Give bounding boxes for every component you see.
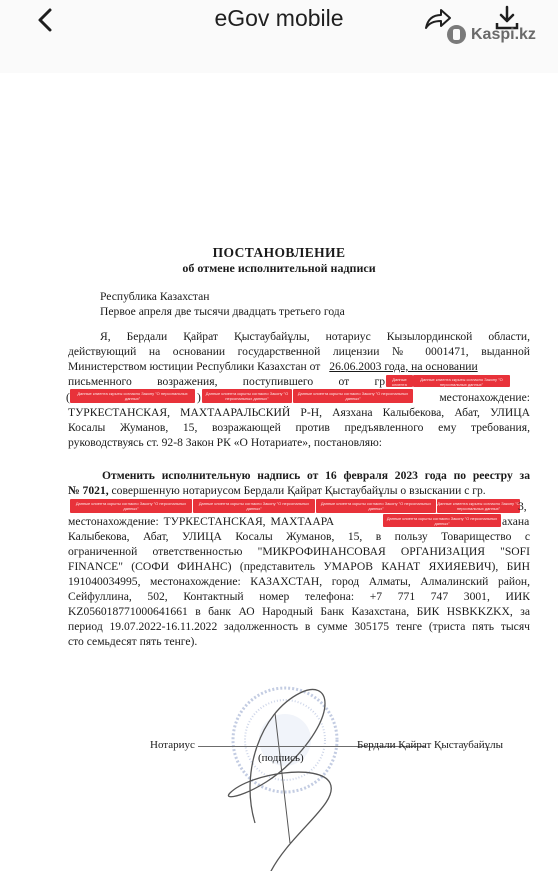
- document-subtitle: об отмене исполнительной надписи: [0, 261, 558, 276]
- para1-line: Министерством юстиции Республики Казахст…: [68, 359, 478, 374]
- kaspi-watermark: Kaspi.kz: [447, 25, 536, 44]
- document-page: ПОСТАНОВЛЕНИЕ об отмене исполнительной н…: [0, 73, 558, 871]
- signature-left-label: Нотариус: [150, 739, 195, 751]
- para1-paren: ): [197, 390, 201, 405]
- redaction-bar: Данные клиента скрыты согласно Закону "О…: [383, 514, 501, 527]
- para2-line: 3,: [518, 499, 527, 514]
- para1-line: письменного возражения, поступившего от …: [68, 374, 388, 389]
- redaction-bar: Данные клиента скрыты согласно Закону "О…: [437, 499, 520, 513]
- para2-line: Калыбекова, Абат, УЛИЦА Косалы Жуманов, …: [68, 529, 530, 544]
- para1-line: руководствуясь ст. 92-8 Закон РК «О Нота…: [68, 435, 382, 450]
- para2-line: 191040034995, местонахождение: КАЗАХСТАН…: [68, 574, 530, 589]
- para2-line: ахана: [502, 514, 529, 529]
- redaction-bar: Данные клиента скрыты согласно Закону "О…: [193, 499, 315, 513]
- para2-line: FINANCE" (СОФИ ФИНАНС) (представитель УМ…: [68, 559, 530, 574]
- redaction-bar: Данные клиента скрыты согласно Закону "О…: [70, 499, 192, 513]
- para2-line: Отменить исполнительную надпись от 16 фе…: [102, 468, 530, 483]
- para2-line: № 7021, совершенную нотариусом Бердали Қ…: [68, 483, 530, 498]
- para1-line: Косалы Жуманов, 15, возражающей против п…: [68, 420, 530, 435]
- signature-caption: (подпись): [258, 752, 304, 764]
- para2-line: KZ056018771000641661 в банк АО Народный …: [68, 604, 530, 619]
- redaction-bar: Данные клиента скрыты согласно Закону "О…: [386, 375, 413, 387]
- para2-line: Сейфуллина, 502, Контактный номер телефо…: [68, 589, 530, 604]
- top-bar: eGov mobile Kaspi.kz: [0, 0, 558, 73]
- signature-icon: [180, 673, 380, 871]
- para1-line: действующий на основании государственной…: [68, 344, 530, 359]
- notary-name: Бердали Қайрат Қыстаубайұлы: [357, 739, 503, 751]
- redaction-bar: Данные клиента скрыты согласно Закону "О…: [413, 375, 510, 387]
- redaction-bar: Данные клиента скрыты согласно Закону "О…: [202, 389, 292, 403]
- para2-line: местонахождение: ТУРКЕСТАНСКАЯ, МАХТААРА: [68, 514, 334, 529]
- place: Республика Казахстан: [100, 289, 209, 304]
- date-text: Первое апреля две тысячи двадцать третье…: [100, 304, 345, 319]
- redaction-bar: Данные клиента скрыты согласно Закону "О…: [316, 499, 436, 513]
- redaction-bar: Данные клиента скрыты согласно Закону "О…: [70, 389, 195, 403]
- para2-line: период 19.07.2022-16.11.2022 задолженнос…: [68, 619, 530, 634]
- redaction-bar: Данные клиента скрыты согласно Закону "О…: [293, 389, 413, 403]
- para2-line: сто семьдесят пять тенге).: [68, 634, 197, 649]
- watermark-text: Kaspi.kz: [471, 26, 536, 44]
- kaspi-logo-icon: [447, 25, 466, 44]
- document-title: ПОСТАНОВЛЕНИЕ: [0, 245, 558, 261]
- para1-line: ТУРКЕСТАНСКАЯ, МАХТААРАЛЬСКИЙ Р-Н, Аязха…: [68, 405, 530, 420]
- para1-line: Я, Бердали Қайрат Қыстаубайұлы, нотариус…: [100, 329, 530, 344]
- para2-line: ограниченной ответственностью "МИКРОФИНА…: [68, 544, 530, 559]
- para1-line: местонахождение:: [425, 390, 530, 405]
